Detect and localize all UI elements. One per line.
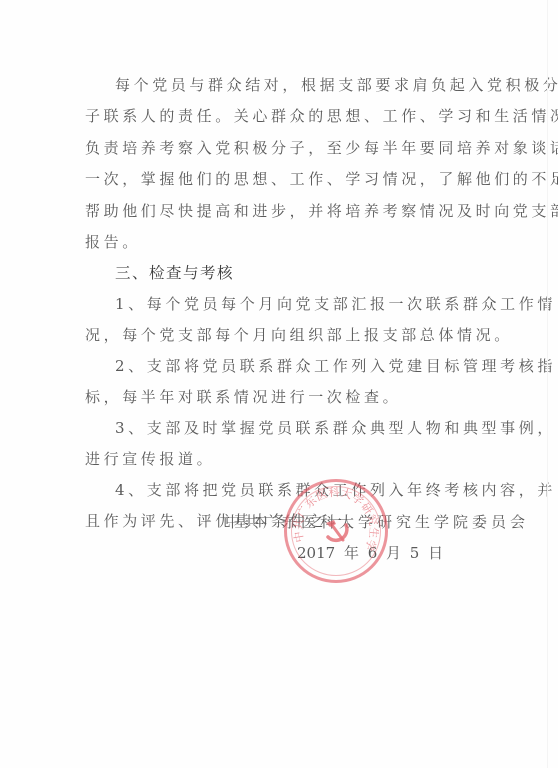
paragraph-line: 每个党员与群众结对，根据支部要求肩负起入党积极分 xyxy=(115,76,495,94)
item-line: 2、支部将党员联系群众工作列入党建目标管理考核指 xyxy=(115,357,495,375)
item-line: 1、每个党员每个月向党支部汇报一次联系群众工作情 xyxy=(115,295,495,313)
paragraph-line: 负责培养考察入党积极分子，至少每半年要同培养对象谈话 xyxy=(85,139,465,157)
hammer-sickle-icon xyxy=(320,515,352,547)
item-line: 况，每个党支部每个月向组织部上报支部总体情况。 xyxy=(85,326,465,344)
scan-mark xyxy=(206,520,210,521)
paragraph-line: 子联系人的责任。关心群众的思想、工作、学习和生活情况， xyxy=(85,107,465,125)
scan-edge xyxy=(547,0,548,768)
paragraph-line: 帮助他们尽快提高和进步，并将培养考察情况及时向党支部 xyxy=(85,202,465,220)
item-line: 进行宣传报道。 xyxy=(85,450,465,468)
paragraph-line: 报告。 xyxy=(85,233,465,251)
item-line: 3、支部及时掌握党员联系群众典型人物和典型事例， xyxy=(115,419,495,437)
document-page: 每个党员与群众结对，根据支部要求肩负起入党积极分 子联系人的责任。关心群众的思想… xyxy=(0,0,558,768)
paragraph-line: 一次，掌握他们的思想、工作、学习情况，了解他们的不足， xyxy=(85,170,465,188)
item-line: 标，每半年对联系情况进行一次检查。 xyxy=(85,388,465,406)
section-heading: 三、检查与考核 xyxy=(115,264,495,282)
official-seal: 中共广东医科大学研究生学院委员会 xyxy=(284,479,388,583)
